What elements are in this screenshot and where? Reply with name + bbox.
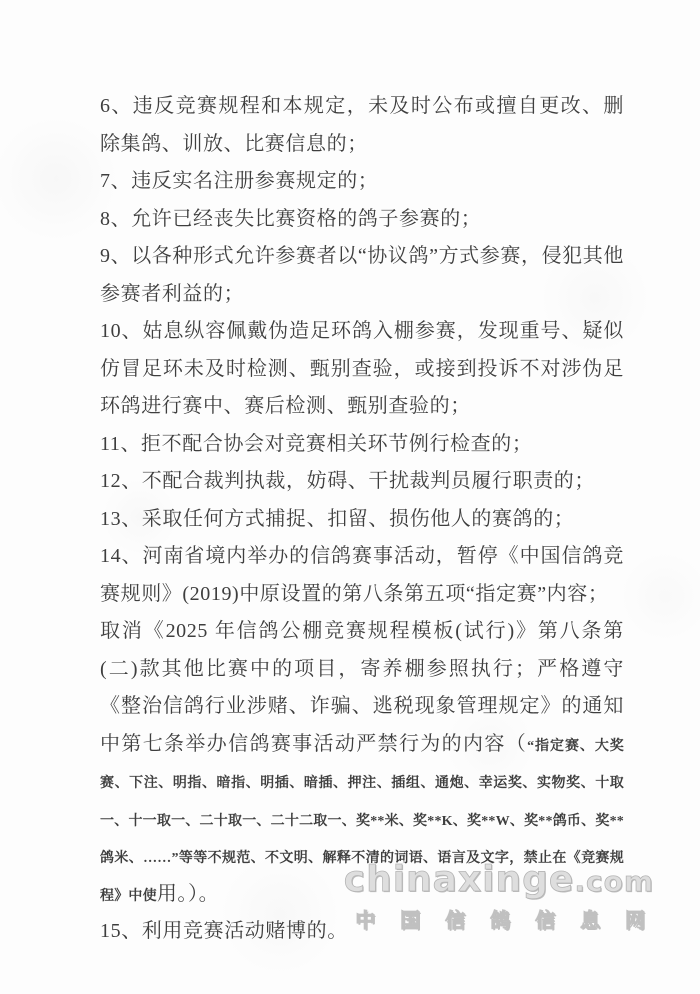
- rule-item-6: 6、违反竞赛规程和本规定，未及时公布或擅自更改、删除集鸽、训放、比赛信息的；: [100, 88, 624, 163]
- rule-item-7: 7、违反实名注册参赛规定的；: [100, 163, 624, 201]
- rule-item-8: 8、允许已经丧失比赛资格的鸽子参赛的；: [100, 201, 624, 239]
- document-body: 6、违反竞赛规程和本规定，未及时公布或擅自更改、删除集鸽、训放、比赛信息的； 7…: [100, 88, 624, 951]
- rule-item-12: 12、不配合裁判执裁，妨碍、干扰裁判员履行职责的；: [100, 463, 624, 501]
- watermark: chinaxinge.com 中 国 信 鸽 信 息 网: [344, 858, 654, 933]
- item14-normal-suffix: 用。）。: [157, 883, 219, 905]
- rule-item-10: 10、姑息纵容佩戴伪造足环鸽入棚参赛，发现重号、疑似仿冒足环未及时检测、甄别查验…: [100, 313, 624, 426]
- watermark-site-main: chinaxinge: [344, 859, 575, 900]
- item14-normal-prefix: 取消《2025 年信鸽公棚竞赛规程模板(试行)》第八条第(二)款其他比赛中的项目…: [100, 620, 624, 755]
- rule-item-14: 14、河南省境内举办的信鸽赛事活动，暂停《中国信鸽竞赛规则》(2019)中原设置…: [100, 538, 624, 613]
- rule-item-9: 9、以各种形式允许参赛者以“协议鸽”方式参赛，侵犯其他参赛者利益的；: [100, 238, 624, 313]
- rule-item-11: 11、拒不配合协会对竞赛相关环节例行检查的；: [100, 426, 624, 464]
- watermark-site-name: 中 国 信 鸽 信 息 网: [344, 907, 654, 933]
- scanned-document-page: 6、违反竞赛规程和本规定，未及时公布或擅自更改、删除集鸽、训放、比赛信息的； 7…: [0, 0, 700, 994]
- watermark-site-tld: .com: [574, 865, 654, 898]
- watermark-site-url: chinaxinge.com: [344, 858, 654, 904]
- rule-item-13: 13、采取任何方式捕捉、扣留、损伤他人的赛鸽的；: [100, 501, 624, 539]
